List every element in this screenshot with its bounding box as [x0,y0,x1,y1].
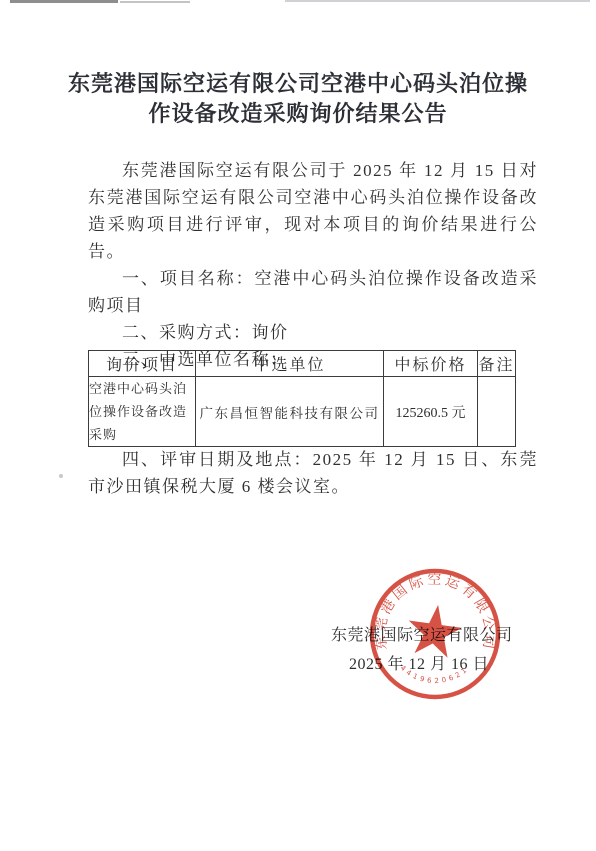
table-cell-inquiry-item: 空港中心码头泊位操作设备改造采购 [89,377,196,447]
document-title: 东莞港国际空运有限公司空港中心码头泊位操作设备改造采购询价结果公告 [60,69,536,129]
table-cell-remark [478,377,516,447]
table-header-award-price: 中标价格 [384,351,478,377]
table-header-row: 询价项目 中选单位 中标价格 备注 [89,351,516,377]
signature-company: 东莞港国际空运有限公司 [331,622,513,645]
body-text-upper: 东莞港国际空运有限公司于 2025 年 12 月 15 日对东莞港国际空运有限公… [88,157,538,373]
table-cell-selected-unit: 广东昌恒智能科技有限公司 [196,377,384,447]
body-text-lower: 四、评审日期及地点：2025 年 12 月 15 日、东莞市沙田镇保税大厦 6 … [88,446,538,500]
scan-artifact [59,474,63,478]
list-item-project-name: 一、项目名称：空港中心码头泊位操作设备改造采购项目 [88,265,538,319]
table-cell-award-price: 125260.5 元 [384,377,478,447]
scan-artifact [10,0,118,3]
table-header-remark: 备注 [478,351,516,377]
scan-artifact [120,1,190,3]
list-item-review-date-location: 四、评审日期及地点：2025 年 12 月 15 日、东莞市沙田镇保税大厦 6 … [88,446,538,500]
table-row: 空港中心码头泊位操作设备改造采购 广东昌恒智能科技有限公司 125260.5 元 [89,377,516,447]
scanned-document-page: 东莞港国际空运有限公司空港中心码头泊位操作设备改造采购询价结果公告 东莞港国际空… [0,0,596,851]
intro-paragraph: 东莞港国际空运有限公司于 2025 年 12 月 15 日对东莞港国际空运有限公… [88,157,538,265]
list-item-procurement-method: 二、采购方式：询价 [88,319,538,346]
signature-date: 2025 年 12 月 16 日 [349,651,489,674]
table-header-inquiry-item: 询价项目 [89,351,196,377]
results-table: 询价项目 中选单位 中标价格 备注 空港中心码头泊位操作设备改造采购 广东昌恒智… [88,350,516,447]
table-header-selected-unit: 中选单位 [196,351,384,377]
scan-artifact [285,0,590,2]
